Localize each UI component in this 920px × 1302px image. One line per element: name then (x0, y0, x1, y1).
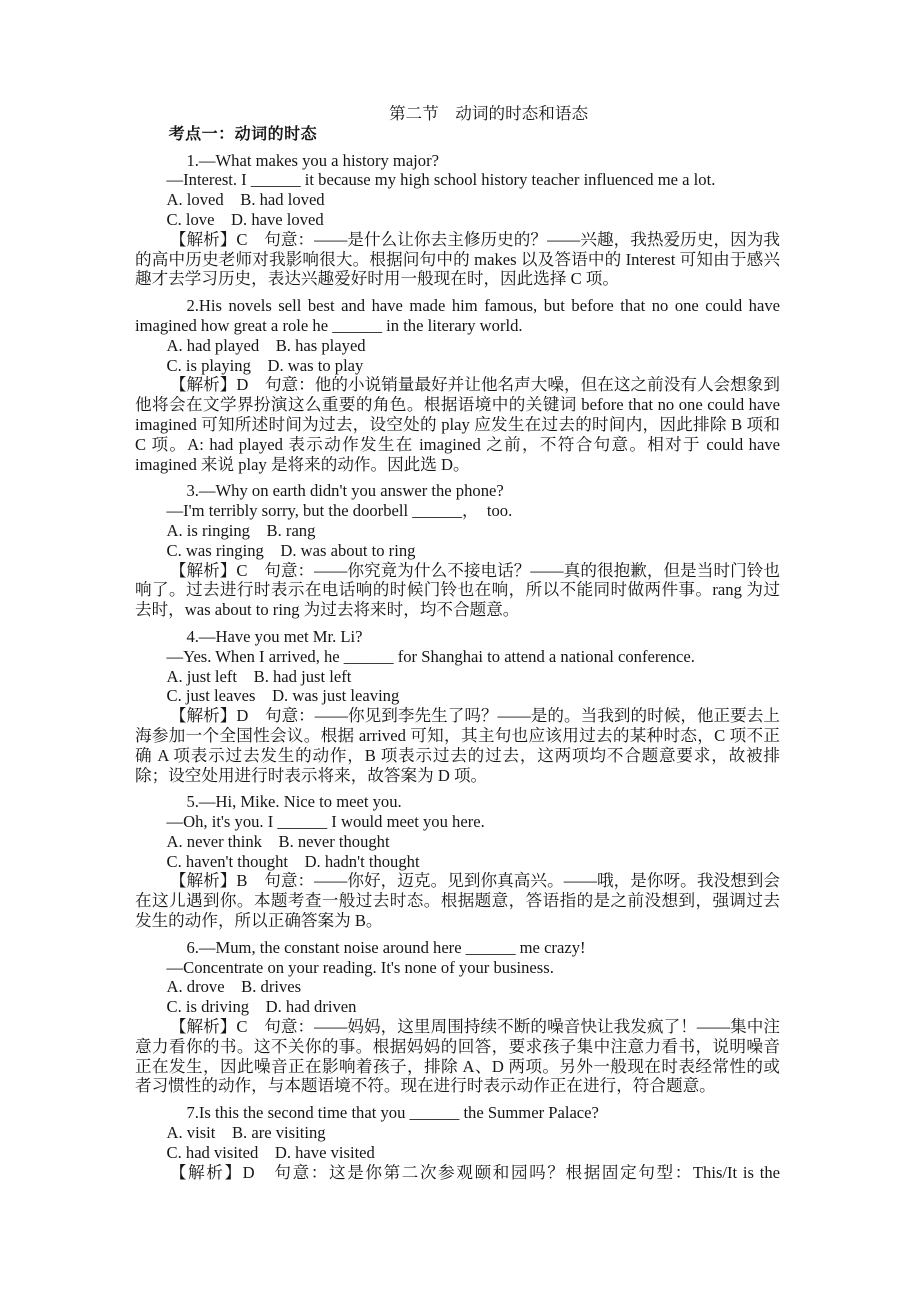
question-4: 4.—Have you met Mr. Li? —Yes. When I arr… (135, 627, 780, 785)
options-line-cd: C. is playing D. was to play (135, 356, 780, 376)
dialogue-line: —Oh, it's you. I ______ I would meet you… (135, 812, 780, 832)
options-line-ab: A. visit B. are visiting (135, 1123, 780, 1143)
options-line-cd: C. haven't thought D. hadn't thought (135, 852, 780, 872)
analysis-paragraph: 【解析】C 句意：——是什么让你去主修历史的？——兴趣，我热爱历史，因为我的高中… (135, 230, 780, 289)
page-title: 第二节 动词的时态和语态 (197, 104, 780, 124)
options-line-ab: A. is ringing B. rang (135, 521, 780, 541)
question-3: 3.—Why on earth didn't you answer the ph… (135, 481, 780, 620)
analysis-paragraph: 【解析】C 句意：——妈妈，这里周围持续不断的噪音快让我发疯了！——集中注意力看… (135, 1017, 780, 1096)
question-2: 2.His novels sell best and have made him… (135, 296, 780, 474)
options-line-cd: C. was ringing D. was about to ring (135, 541, 780, 561)
dialogue-line: —Yes. When I arrived, he ______ for Shan… (135, 647, 780, 667)
document-page: 第二节 动词的时态和语态 考点一：动词的时态 1.—What makes you… (0, 0, 920, 1302)
options-line-ab: A. had played B. has played (135, 336, 780, 356)
analysis-paragraph: 【解析】B 句意：——你好，迈克。见到你真高兴。——哦，是你呀。我没想到会在这儿… (135, 871, 780, 930)
options-line-cd: C. just leaves D. was just leaving (135, 686, 780, 706)
options-line-ab: A. loved B. had loved (135, 190, 780, 210)
options-line-ab: A. drove B. drives (135, 977, 780, 997)
options-line-cd: C. had visited D. have visited (135, 1143, 780, 1163)
section-heading: 考点一：动词的时态 (135, 124, 780, 144)
analysis-paragraph: 【解析】C 句意：——你究竟为什么不接电话？——真的很抱歉，但是当时门铃也响了。… (135, 561, 780, 620)
question-5: 5.—Hi, Mike. Nice to meet you. —Oh, it's… (135, 792, 780, 931)
options-line-cd: C. love D. have loved (135, 210, 780, 230)
options-line-ab: A. never think B. never thought (135, 832, 780, 852)
question-stem: 6.—Mum, the constant noise around here _… (135, 938, 780, 958)
question-6: 6.—Mum, the constant noise around here _… (135, 938, 780, 1096)
question-stem: 5.—Hi, Mike. Nice to meet you. (135, 792, 780, 812)
options-line-cd: C. is driving D. had driven (135, 997, 780, 1017)
question-7: 7.Is this the second time that you _____… (135, 1103, 780, 1182)
options-line-ab: A. just left B. had just left (135, 667, 780, 687)
dialogue-line: —Interest. I ______ it because my high s… (135, 170, 780, 190)
dialogue-line: —I'm terribly sorry, but the doorbell __… (135, 501, 780, 521)
question-stem: 4.—Have you met Mr. Li? (135, 627, 780, 647)
analysis-paragraph: 【解析】D 句意：他的小说销量最好并让他名声大噪，但在这之前没有人会想象到他将会… (135, 375, 780, 474)
question-stem: 2.His novels sell best and have made him… (135, 296, 780, 336)
question-stem: 1.—What makes you a history major? (135, 151, 780, 171)
question-1: 1.—What makes you a history major? —Inte… (135, 151, 780, 290)
question-stem: 7.Is this the second time that you _____… (135, 1103, 780, 1123)
dialogue-line: —Concentrate on your reading. It's none … (135, 958, 780, 978)
analysis-paragraph: 【解析】D 句意：——你见到李先生了吗？——是的。当我到的时候，他正要去上海参加… (135, 706, 780, 785)
analysis-paragraph: 【解析】D 句意：这是你第二次参观颐和园吗？根据固定句型：This/It is … (135, 1163, 780, 1183)
question-stem: 3.—Why on earth didn't you answer the ph… (135, 481, 780, 501)
